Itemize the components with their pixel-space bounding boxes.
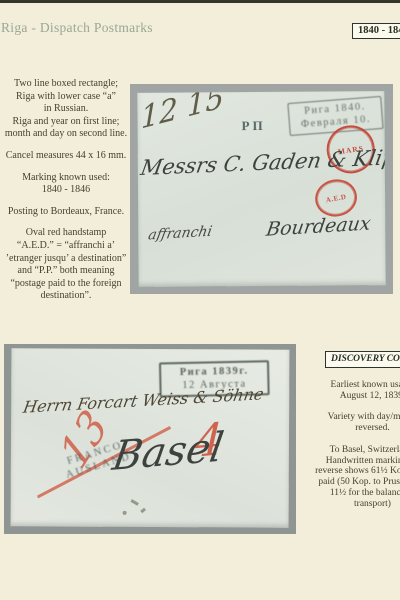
caption-handstamp-meaning: Oval red handstamp “A.E.D.” = “affranchi… — [0, 227, 137, 303]
period-badge: 1840 - 1846 — [352, 23, 400, 39]
caption-posting: Posting to Bordeaux, France. — [0, 206, 137, 219]
letter-front-basel: Рига 1839г. 12 Августа Herrn Forcart Wei… — [11, 348, 290, 527]
ink-smudge — [130, 499, 138, 506]
address-script-line: Messrs C. Gaden & Klipsch — [139, 144, 386, 180]
caption-cancel-description: Two line boxed rectangle; Riga with lowe… — [0, 78, 137, 141]
page-top-edge — [0, 0, 400, 3]
page-title: Riga - Dispatch Postmarks — [1, 20, 153, 36]
discovery-copy-badge: DISCOVERY COPY — [325, 351, 400, 368]
affranchi-notation: affranchi — [147, 224, 214, 244]
cover-photo-basel: Рига 1839г. 12 Августа Herrn Forcart Wei… — [4, 344, 296, 534]
destination-script-bourdeaux: Bourdeaux — [265, 212, 373, 240]
caption-usage-dates: Marking known used: 1840 - 1846 — [0, 172, 137, 197]
paid-handstamp: РП — [242, 118, 266, 134]
aed-text: A.E.D — [325, 192, 347, 204]
caption-cancel-size: Cancel measures 44 x 16 mm. — [0, 150, 137, 163]
ink-smudge — [123, 511, 127, 515]
ink-smudge — [140, 508, 146, 514]
letter-front-bordeaux: 12 15 РП Рига 1840. Февраля 10. MARS A.E… — [137, 91, 385, 287]
exhibit-page: Riga - Dispatch Postmarks 1840 - 1846 Tw… — [0, 0, 400, 600]
manuscript-rate-mark: 12 15 — [141, 91, 224, 137]
left-caption-column: Two line boxed rectangle; Riga with lowe… — [0, 78, 137, 312]
right-caption-column: Earliest known usage: August 12, 1839. V… — [287, 380, 400, 510]
address-script-line: Herrn Forcart Weiss & Söhne — [22, 384, 265, 417]
destination-script-basel: Basel — [109, 424, 227, 480]
cover-photo-bordeaux: 12 15 РП Рига 1840. Февраля 10. MARS A.E… — [130, 84, 393, 294]
